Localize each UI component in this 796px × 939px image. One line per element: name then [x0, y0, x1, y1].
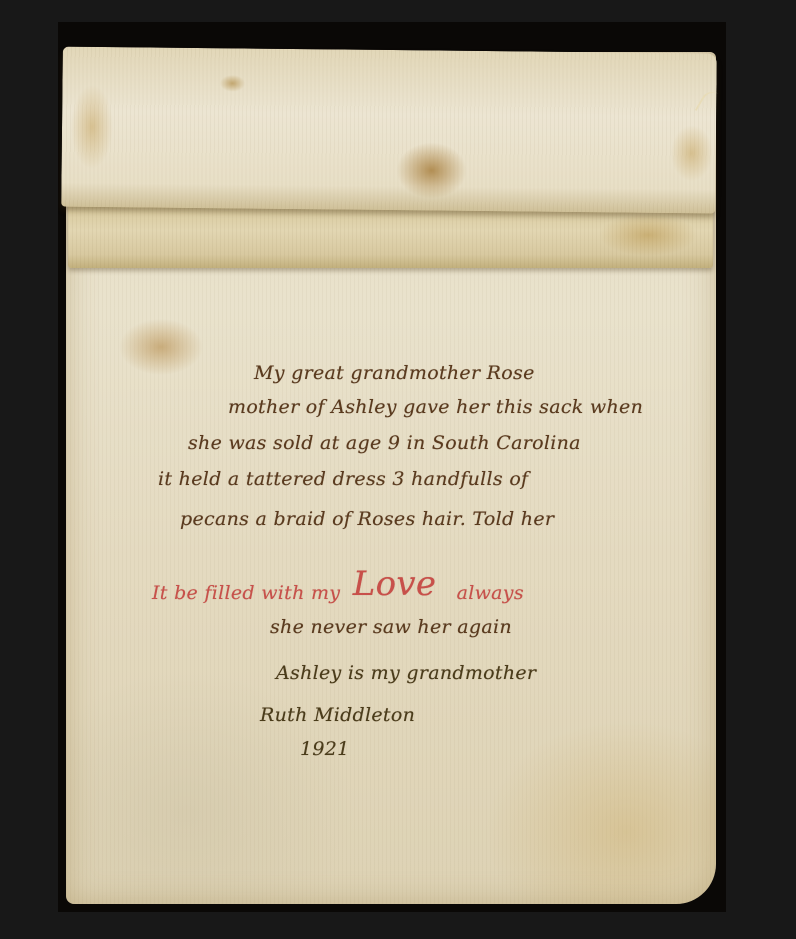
embroidery-line-4: it held a tattered dress 3 handfulls of [158, 468, 528, 490]
photograph: My great grandmother Rose mother of Ashl… [58, 22, 726, 912]
embroidery-line-5: pecans a braid of Roses hair. Told her [180, 508, 554, 530]
embroidery-line-3: she was sold at age 9 in South Carolina [188, 432, 581, 454]
embroidery-red-line: It be filled with my Love always [152, 568, 524, 608]
embroidered-text: My great grandmother Rose mother of Ashl… [58, 22, 726, 912]
embroidery-line-2: mother of Ashley gave her this sack when [228, 396, 643, 418]
embroidery-line-1: My great grandmother Rose [254, 362, 535, 384]
love-word: Love [353, 564, 437, 604]
red-line-before: It be filled with my [152, 582, 340, 604]
embroidery-year: 1921 [300, 738, 350, 760]
red-line-after: always [457, 582, 524, 604]
embroidery-line-never-saw: she never saw her again [270, 616, 512, 638]
embroidery-signature: Ruth Middleton [260, 704, 415, 726]
embroidery-line-ashley: Ashley is my grandmother [276, 662, 536, 684]
